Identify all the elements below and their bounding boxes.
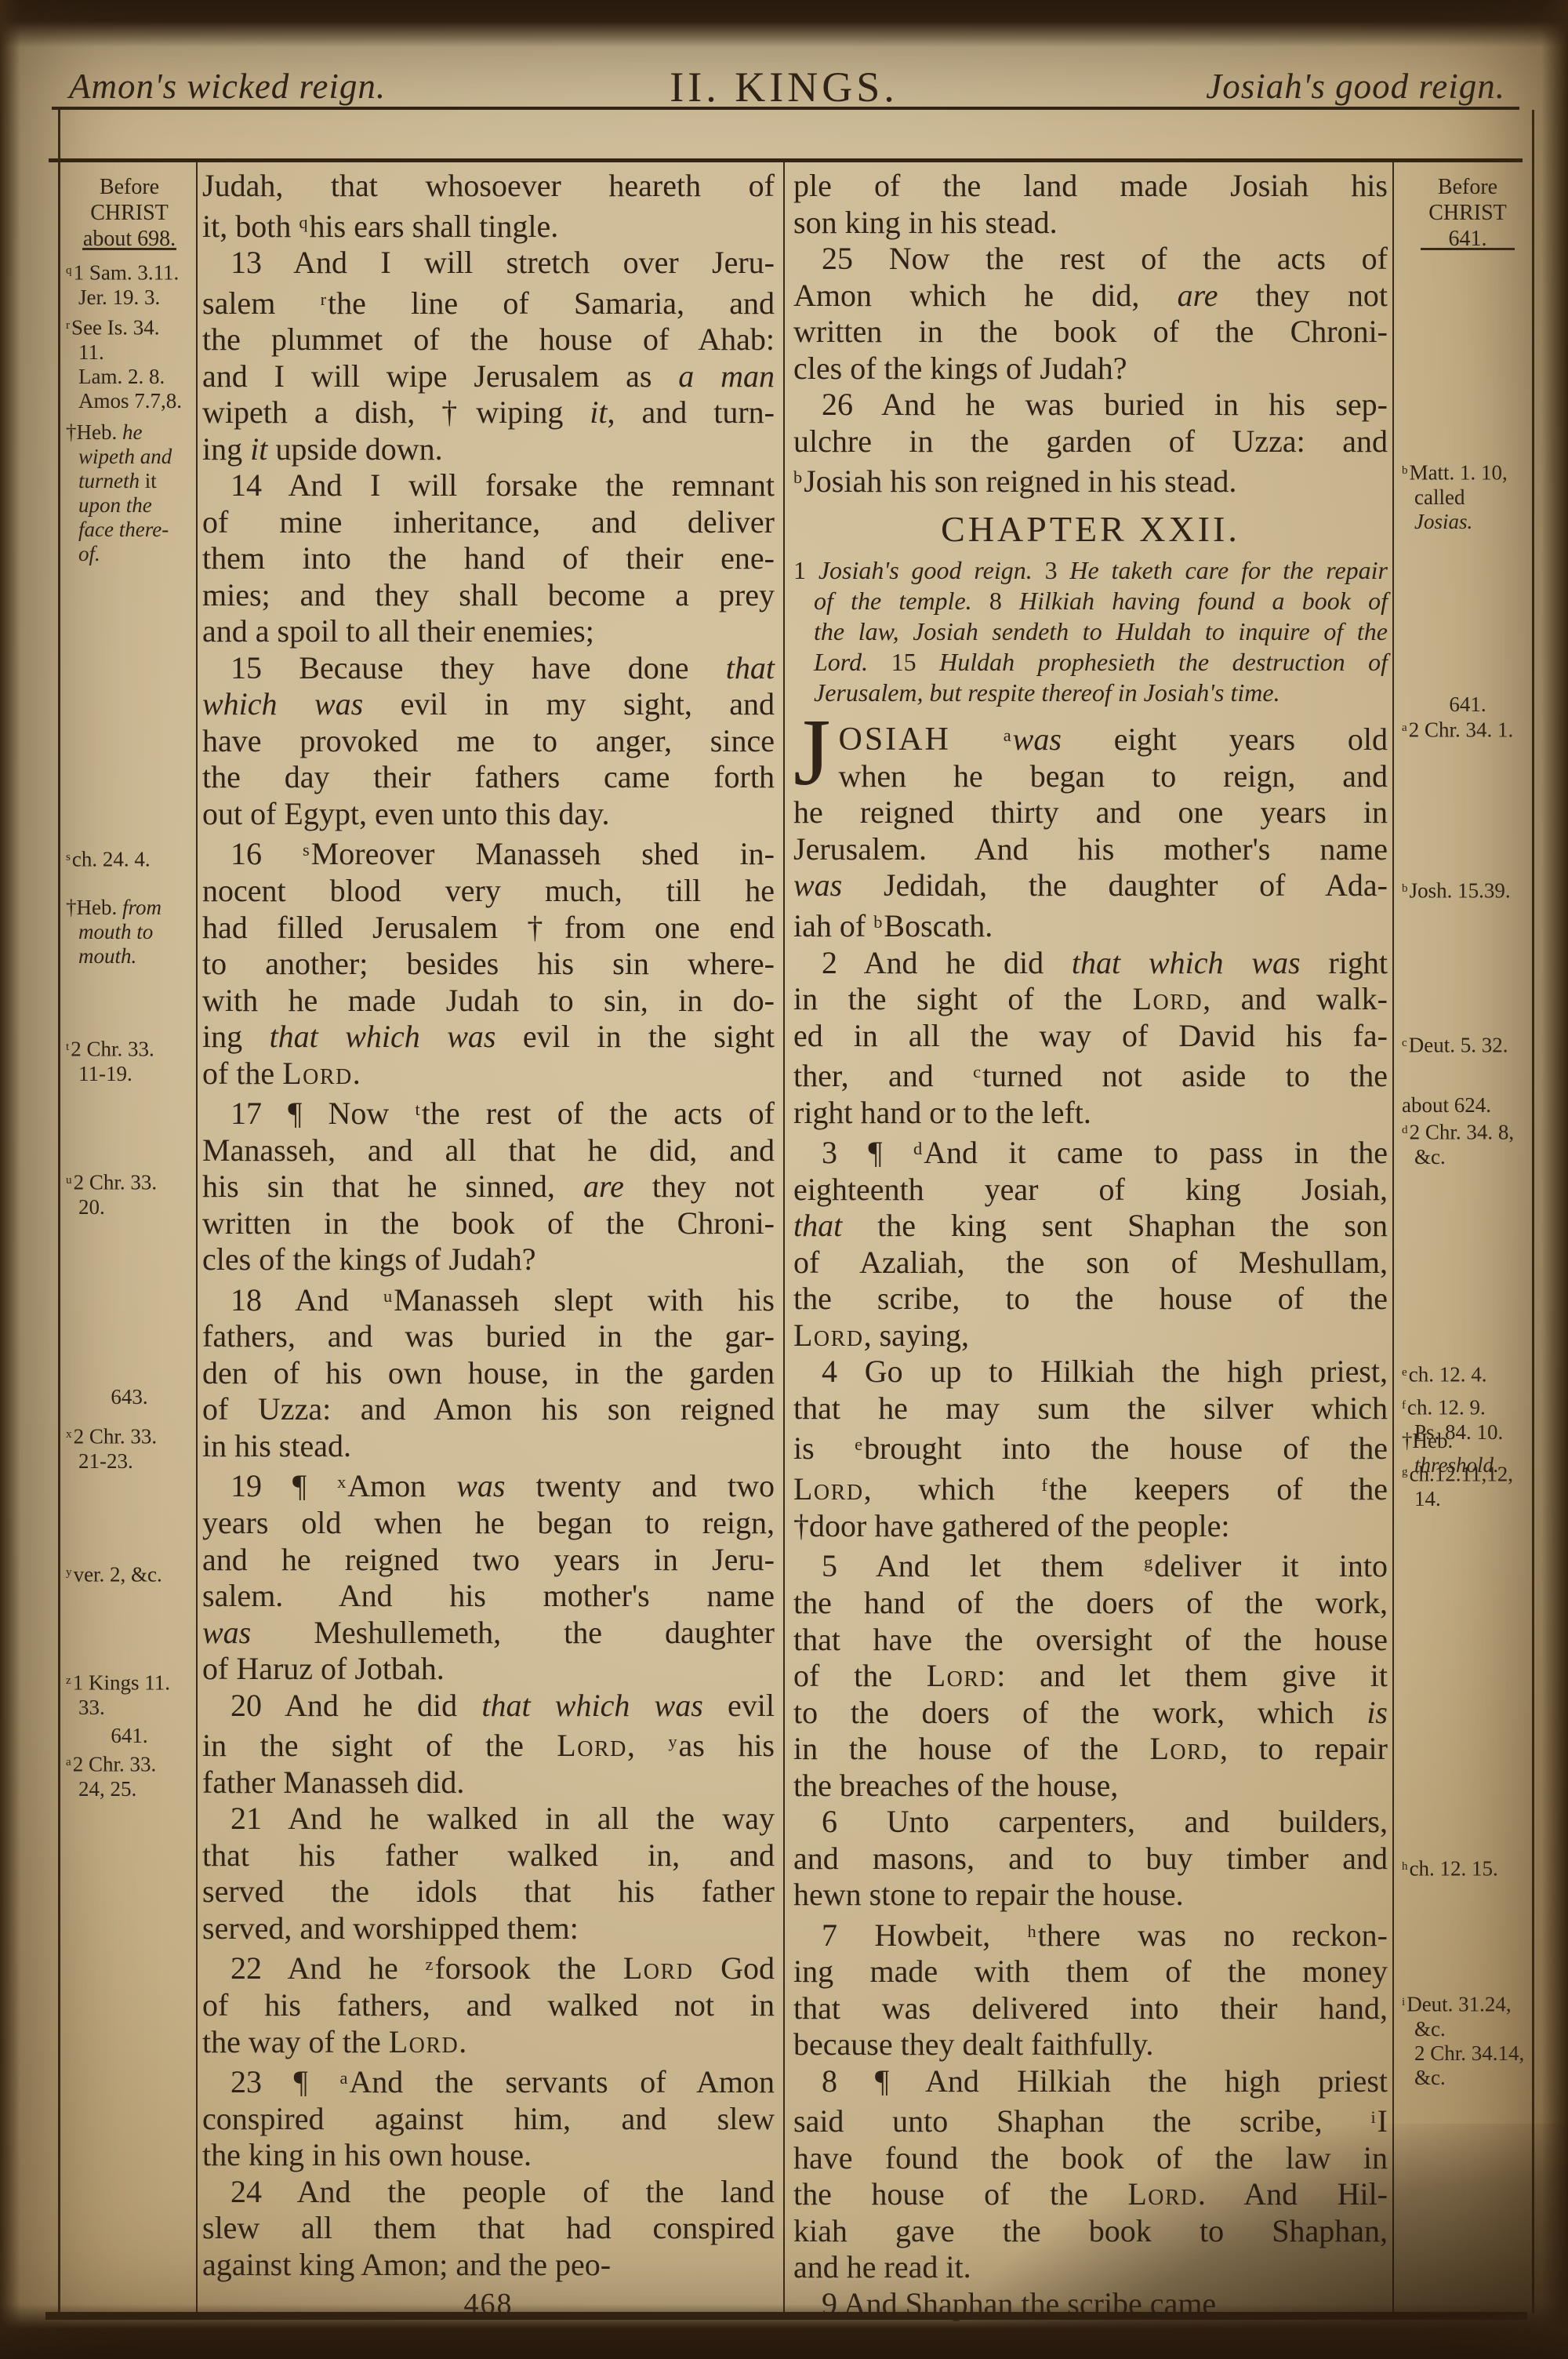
text-line: and masons, and to buy timber and [793,1841,1388,1877]
note-line: wipeth and [66,445,193,469]
text-line: eighteenth year of king Josiah, [793,1172,1388,1209]
margin-note: a2 Chr. 34. 1. [1402,716,1534,743]
text-line: written in the book of the Chroni- [793,314,1388,351]
note-line: a2 Chr. 33. [66,1750,193,1777]
margin-note: q1 Sam. 3.11.Jer. 19. 3. [66,259,193,310]
text-line: them into the hand of their ene- [202,540,775,577]
verse-paragraph: 17 ¶ Now tthe rest of the acts ofManasse… [202,1092,775,1278]
note-line: face there- [66,518,193,542]
text-line: and I will wipe Jerusalem as a man [202,358,775,395]
text-line: because they dealt faithfully. [793,2026,1388,2063]
text-line: ther, and cturned not aside to the [793,1054,1388,1095]
text-line: Jerusalem. And his mother's name [793,831,1388,868]
center-column-rule [783,162,785,2312]
margin-note: †Heb. hewipeth andturneth itupon theface… [66,420,193,566]
right-margin-notes: Before CHRIST 641. bMatt. 1. 10,calledJo… [1402,0,1534,2359]
text-line: father Manasseh did. [202,1765,775,1801]
note-line: ech. 12. 4. [1402,1361,1534,1387]
note-line: 641. [1402,692,1534,717]
dropcap-paragraph: JOSIAH awas eight years oldwhen he began… [793,718,1388,944]
text-line: 17 ¶ Now tthe rest of the acts of [202,1092,775,1132]
text-line: 20 And he did that which was evil [202,1688,775,1725]
note-line: &c. [1402,2017,1534,2041]
text-line: years old when he began to reign, [202,1505,775,1542]
text-line: ulchre in the garden of Uzza: and [793,423,1388,460]
text-line: Lord, saying, [793,1318,1388,1354]
text-line: against king Amon; and the peo- [202,2247,775,2284]
note-line: 24, 25. [66,1777,193,1801]
text-line: †door have gathered of the people: [793,1508,1388,1545]
page-edge-right [1541,0,1568,2359]
margin-note: cDeut. 5. 32. [1402,1031,1534,1058]
text-line: 2 And he did that which was right [793,945,1388,982]
verse-paragraph: 14 And I will forsake the remnantof mine… [202,467,775,650]
bc-line: Before [1402,174,1534,200]
drop-cap-letter: J [793,718,838,790]
text-line: his sin that he sinned, are they not [202,1169,775,1205]
note-line: 20. [66,1195,193,1219]
text-line: 6 Unto carpenters, and builders, [793,1804,1388,1841]
note-line: 2 Chr. 34.14, [1402,2041,1534,2066]
margin-note: 643. [66,1385,193,1409]
note-line: 11-19. [66,1062,193,1086]
verse-paragraph: 6 Unto carpenters, and builders,and maso… [793,1804,1388,1914]
text-line: that his father walked in, and [202,1837,775,1874]
margin-note: rSee Is. 34.11.Lam. 2. 8.Amos 7.7,8. [66,314,193,413]
note-line: &c. [1402,1145,1534,1169]
text-line: in his stead. [202,1428,775,1465]
note-line: &c. [1402,2066,1534,2090]
page-edge-left [0,0,20,2359]
text-line: in the sight of the Lord, and walk- [793,981,1388,1018]
note-line: yver. 2, &c. [66,1561,193,1587]
text-line: bJosiah his son reigned in his stead. [793,460,1388,500]
text-line: 5 And let them gdeliver it into [793,1544,1388,1585]
text-line: of Azaliah, the son of Meshullam, [793,1245,1388,1281]
verse-paragraph: 23 ¶ aAnd the servants of Amonconspired … [202,2060,775,2174]
text-line: with he made Judah to sin, in do- [202,983,775,1020]
note-line: †Heb. from [66,896,193,920]
text-line: 23 ¶ aAnd the servants of Amon [202,2060,775,2101]
text-line: have provoked me to anger, since [202,723,775,760]
text-line: 19 ¶ xAmon was twenty and two [202,1464,775,1505]
text-line: Judah, that whosoever heareth of [202,168,775,205]
right-notes-rule [1392,162,1394,2312]
bc-divider [82,248,176,250]
text-line: of the Lord. [202,1056,775,1092]
margin-note: ech. 12. 4. [1402,1361,1534,1387]
note-line: called [1402,485,1534,510]
bc-line: Before [66,174,193,200]
text-line: served the idols that his father [202,1874,775,1910]
text-line: cles of the kings of Judah? [202,1241,775,1278]
note-line: sch. 24. 4. [66,845,193,872]
text-line: fathers, and was buried in the gar- [202,1318,775,1355]
margin-note: sch. 24. 4. [66,845,193,872]
margin-note: bMatt. 1. 10,calledJosias. [1402,459,1534,534]
note-line: z1 Kings 11. [66,1669,193,1696]
left-notes-rule [196,162,198,2312]
verse-paragraph: 3 ¶ dAnd it came to pass in theeighteent… [793,1131,1388,1354]
text-line: Amon which he did, are they not [793,278,1388,314]
text-line: 26 And he was buried in his sep- [793,387,1388,423]
note-line: 21-23. [66,1449,193,1474]
note-line: 641. [66,1724,193,1748]
margin-note: gch.12.11,12,14. [1402,1460,1534,1511]
left-text-column: Judah, that whosoever heareth ofit, both… [202,168,775,2323]
note-line: †Heb. he [66,420,193,445]
page-edge-bottom [0,2304,1568,2359]
text-line: nocent blood very much, till he [202,873,775,910]
text-line: ing made with them of the money [793,1954,1388,1990]
note-line: †Heb. [1402,1429,1534,1453]
note-line: rSee Is. 34. [66,314,193,340]
text-line: which was evil in my sight, and [202,686,775,723]
note-line: bMatt. 1. 10, [1402,459,1534,485]
text-line: of Uzza: and Amon his son reigned [202,1391,775,1428]
verse-paragraph: 15 Because they have done thatwhich was … [202,650,775,833]
text-line: 24 And the people of the land [202,2174,775,2211]
note-line: 33. [66,1696,193,1720]
text-line: of his fathers, and walked not in [202,1987,775,2024]
text-line: 21 And he walked in all the way [202,1801,775,1837]
bc-divider [1421,248,1515,250]
bc-line: CHRIST [1402,200,1534,226]
text-line: that the king sent Shaphan the son [793,1208,1388,1245]
left-margin-notes: Before CHRIST about 698. q1 Sam. 3.11.Je… [66,0,193,2359]
text-line: to another; besides his sin where- [202,946,775,983]
verse-paragraph: 18 And uManasseh slept with hisfathers, … [202,1278,775,1465]
note-line: Lam. 2. 8. [66,365,193,389]
note-line: turneth it [66,469,193,493]
verse-paragraph: 13 And I will stretch over Jeru-salem rt… [202,245,775,467]
text-line: OSIAH awas eight years old [793,718,1388,758]
before-christ-heading: Before CHRIST about 698. [66,174,193,252]
margin-note: d2 Chr. 34. 8,&c. [1402,1118,1534,1169]
text-line: in the house of the Lord, to repair [793,1731,1388,1768]
text-line: son king in his stead. [793,205,1388,242]
verse-paragraph: 24 And the people of the landslew all th… [202,2174,775,2284]
margin-note: bJosh. 15.39. [1402,877,1534,903]
verse-paragraph: 5 And let them gdeliver it intothe hand … [793,1544,1388,1804]
note-line: mouth to [66,920,193,944]
text-line: 7 Howbeit, hthere was no reckon- [793,1914,1388,1954]
summary-line: Lord. 15 Huldah prophesieth the destruct… [793,647,1388,678]
text-line: out of Egypt, even unto this day. [202,796,775,833]
text-line: right hand or to the left. [793,1095,1388,1132]
verse-paragraph: 4 Go up to Hilkiah the high priest,that … [793,1354,1388,1544]
note-line: Amos 7.7,8. [66,389,193,413]
verse-paragraph: 16 sMoreover Manasseh shed in-nocent blo… [202,832,775,1092]
text-line: when he began to reign, and [793,758,1388,795]
text-line: 4 Go up to Hilkiah the high priest, [793,1354,1388,1390]
note-line: 11. [66,340,193,365]
summary-line: of the temple. 8 Hilkiah having found a … [793,586,1388,616]
note-line: gch.12.11,12, [1402,1460,1534,1487]
note-line: x2 Chr. 33. [66,1423,193,1449]
verse-paragraph: ple of the land made Josiah hisson king … [793,168,1388,241]
text-line: served, and worshipped them: [202,1910,775,1947]
text-line: of Haruz of Jotbah. [202,1651,775,1688]
text-line: salem rthe line of Samaria, and [202,282,775,322]
verse-paragraph: Judah, that whosoever heareth ofit, both… [202,168,775,245]
text-line: the scribe, to the house of the [793,1281,1388,1318]
note-line: about 624. [1402,1093,1534,1118]
note-line: u2 Chr. 33. [66,1169,193,1195]
text-line: to the doers of the work, which is [793,1695,1388,1732]
note-line: of. [66,542,193,566]
text-line: Lord, which fthe keepers of the [793,1467,1388,1508]
text-line: had filled Jerusalem †from one end [202,910,775,947]
summary-line: 1 Josiah's good reign. 3 He taketh care … [793,555,1388,586]
margin-note: about 624. [1402,1093,1534,1118]
text-line: slew all them that had conspired [202,2210,775,2247]
verse-paragraph: 2 And he did that which was rightin the … [793,945,1388,1132]
note-line: upon the [66,493,193,518]
verse-paragraph: 25 Now the rest of the acts ofAmon which… [793,241,1388,387]
chapter-summary: 1 Josiah's good reign. 3 He taketh care … [793,555,1388,708]
page-edge-top [0,0,1568,47]
text-line: and he reigned two years in Jeru- [202,1542,775,1579]
text-line: written in the book of the Chroni- [202,1205,775,1242]
text-line: 22 And he zforsook the Lord God [202,1946,775,1987]
text-line: of mine inheritance, and deliver [202,504,775,541]
margin-note: hch. 12. 15. [1402,1855,1534,1881]
text-line: in the sight of the Lord, yas his [202,1724,775,1765]
note-line: bJosh. 15.39. [1402,877,1534,903]
note-line: iDeut. 31.24, [1402,1990,1534,2017]
note-line: a2 Chr. 34. 1. [1402,716,1534,743]
text-line: conspired against him, and slew [202,2101,775,2138]
text-line: the plummet of the house of Ahab: [202,322,775,358]
text-line: cles of the kings of Judah? [793,351,1388,387]
note-line: q1 Sam. 3.11. [66,259,193,285]
text-line: wipeth a dish, †wiping it, and turn- [202,394,775,431]
right-text-column: ple of the land made Josiah hisson king … [793,168,1388,2322]
left-outer-rule [58,110,60,2314]
note-line: 14. [1402,1487,1534,1511]
note-line: 643. [66,1385,193,1409]
top-rule [52,107,1519,110]
margin-note: †Heb. frommouth tomouth. [66,896,193,969]
text-line: mies; and they shall become a prey [202,577,775,614]
text-line: hewn stone to repair the house. [793,1877,1388,1914]
text-line: 25 Now the rest of the acts of [793,241,1388,278]
text-line: was Jedidah, the daughter of Ada- [793,867,1388,904]
text-line: 13 And I will stretch over Jeru- [202,245,775,282]
note-line: t2 Chr. 33. [66,1035,193,1062]
text-line: the day their fathers came forth [202,759,775,796]
text-line: that he may sum the silver which [793,1390,1388,1427]
text-line: is ebrought into the house of the [793,1427,1388,1467]
text-line: 16 sMoreover Manasseh shed in- [202,832,775,873]
text-line: it, both qhis ears shall tingle. [202,205,775,245]
text-line: the hand of the doers of the work, [793,1585,1388,1622]
bc-line: CHRIST [66,200,193,226]
summary-line: the law, Josiah sendeth to Huldah to inq… [793,616,1388,647]
text-line: that have the oversight of the house [793,1622,1388,1659]
margin-note: x2 Chr. 33.21-23. [66,1423,193,1474]
note-line: fch. 12. 9. [1402,1394,1534,1420]
text-line: den of his own house, in the garden [202,1355,775,1392]
margin-note: iDeut. 31.24,&c.2 Chr. 34.14,&c. [1402,1990,1534,2090]
text-line: the king in his own house. [202,2137,775,2174]
text-line: the way of the Lord. [202,2024,775,2061]
note-line: Jer. 19. 3. [66,285,193,310]
verse-paragraph: 26 And he was buried in his sep-ulchre i… [793,387,1388,500]
margin-note: t2 Chr. 33.11-19. [66,1035,193,1086]
text-line: ing it upside down. [202,431,775,468]
text-line: 14 And I will forsake the remnant [202,467,775,504]
margin-note: u2 Chr. 33.20. [66,1169,193,1219]
header-rule [49,158,1523,162]
bible-page-scan: Amon's wicked reign. II. KINGS. Josiah's… [0,0,1568,2359]
text-line: 3 ¶ dAnd it came to pass in the [793,1131,1388,1172]
text-line: Manasseh, and all that he did, and [202,1132,775,1169]
note-line: Josias. [1402,510,1534,534]
note-line: cDeut. 5. 32. [1402,1031,1534,1058]
summary-line: Jerusalem, but respite thereof in Josiah… [793,678,1388,708]
text-line: 18 And uManasseh slept with his [202,1278,775,1319]
text-line: he reigned thirty and one years in [793,794,1388,831]
margin-note: z1 Kings 11.33. [66,1669,193,1720]
before-christ-heading: Before CHRIST 641. [1402,174,1534,252]
text-line: salem. And his mother's name [202,1578,775,1615]
text-line: ple of the land made Josiah his [793,168,1388,205]
text-line: and a spoil to all their enemies; [202,613,775,650]
chapter-heading: CHAPTER XXII. [793,511,1388,548]
note-line: hch. 12. 15. [1402,1855,1534,1881]
verse-paragraph: 7 Howbeit, hthere was no reckon-ing made… [793,1914,1388,2063]
text-line: iah of bBoscath. [793,904,1388,945]
verse-paragraph: 20 And he did that which was evilin the … [202,1688,775,1801]
margin-note: yver. 2, &c. [66,1561,193,1587]
text-line: 15 Because they have done that [202,650,775,687]
text-line: ing that which was evil in the sight [202,1019,775,1056]
text-line: the breaches of the house, [793,1768,1388,1805]
text-line: was Meshullemeth, the daughter [202,1615,775,1652]
margin-note: 641. [66,1724,193,1748]
margin-note: 641. [1402,692,1534,717]
verse-paragraph: 22 And he zforsook the Lord Godof his fa… [202,1946,775,2060]
text-line: ed in all the way of David his fa- [793,1018,1388,1055]
text-line: of the Lord: and let them give it [793,1658,1388,1695]
note-line: mouth. [66,944,193,969]
text-line: that was delivered into their hand, [793,1990,1388,2027]
verse-paragraph: 19 ¶ xAmon was twenty and twoyears old w… [202,1464,775,1687]
text-line: 8 ¶ And Hilkiah the high priest [793,2063,1388,2100]
margin-note: a2 Chr. 33.24, 25. [66,1750,193,1801]
note-line: d2 Chr. 34. 8, [1402,1118,1534,1145]
verse-paragraph: 21 And he walked in all the waythat his … [202,1801,775,1946]
